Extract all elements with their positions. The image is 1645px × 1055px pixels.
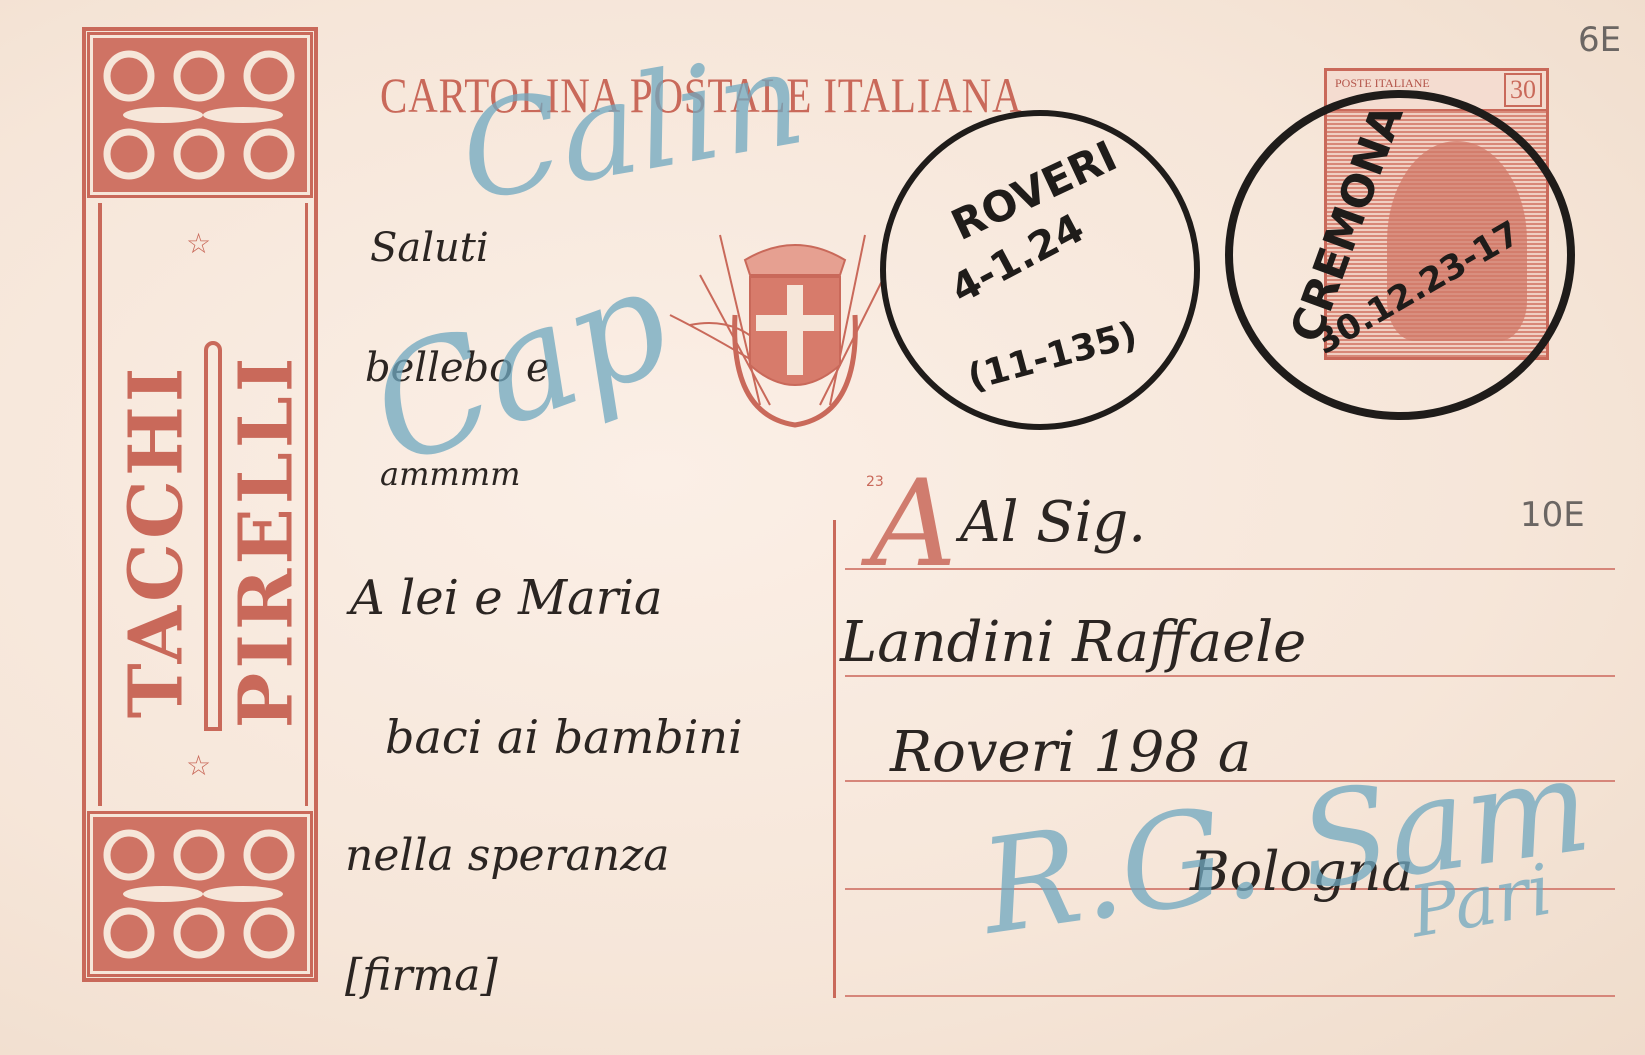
stamp-header: POSTE ITALIANE (1335, 77, 1430, 90)
address-line (845, 675, 1615, 677)
address-line (845, 568, 1615, 570)
p-letter-bar (204, 341, 222, 731)
ornament-bottom (90, 814, 310, 974)
crayon-mark: Calin (449, 21, 814, 230)
address-initial: A (870, 455, 957, 594)
advert-panel: ☆ TACCHI PIRELLI ☆ (82, 27, 318, 982)
postmark-cremona: CREMONA 30.12.23-17 (1225, 90, 1575, 420)
address-salutation: Al Sig. (960, 490, 1146, 555)
signature: [firma] (345, 950, 498, 1001)
postmark-code: (11-135) (964, 314, 1142, 398)
address-line (845, 995, 1615, 997)
message-line: A lei e Maria (350, 570, 663, 626)
message-line: baci ai bambini (385, 710, 743, 764)
stamp-value: 30 (1504, 73, 1542, 107)
star-icon: ☆ (186, 227, 211, 261)
address-name: Landini Raffaele (840, 610, 1306, 675)
address-street: Roveri 198 a (890, 720, 1251, 785)
ornament-top (90, 35, 310, 195)
message-line: Saluti (370, 225, 489, 271)
savoy-crest-icon (650, 215, 920, 445)
pencil-note: 6E (1578, 20, 1621, 60)
star-icon: ☆ (186, 749, 211, 783)
panel-rule (98, 203, 102, 806)
message-line: nella speranza (345, 830, 670, 881)
postmark-roveri: ROVERI 4-1.24 (11-135) (880, 110, 1200, 430)
brand-logo: TACCHI PIRELLI (116, 331, 296, 751)
brand-line1: TACCHI (113, 364, 199, 719)
brand-line2: PIRELLI (223, 354, 309, 729)
pencil-note: 10E (1520, 495, 1585, 535)
divider-line (833, 520, 836, 998)
postcard: ☆ TACCHI PIRELLI ☆ CARTOLINA POSTALE ITA… (0, 0, 1645, 1055)
